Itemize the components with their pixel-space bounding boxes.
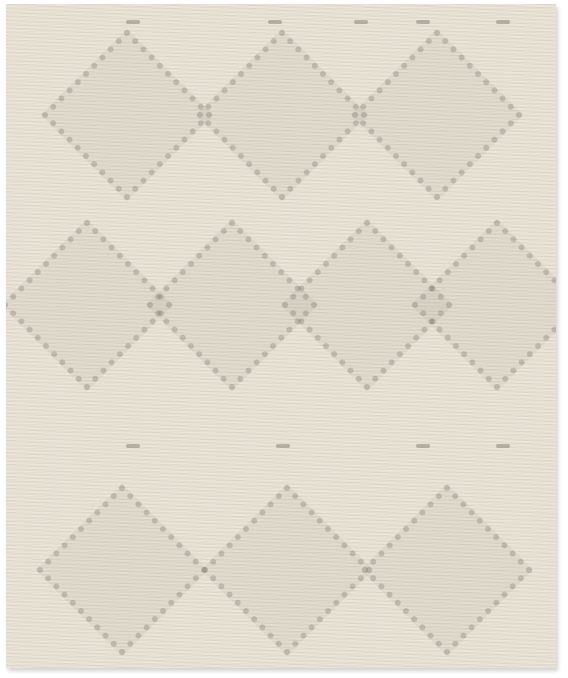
- tick: [496, 444, 510, 448]
- tick-marks-top: [6, 20, 556, 30]
- diamond: [411, 219, 556, 392]
- tick: [276, 444, 290, 448]
- diamond: [196, 29, 369, 202]
- tick: [416, 444, 430, 448]
- tick: [268, 20, 282, 24]
- tick: [416, 20, 430, 24]
- diamond-band-bottom: [6, 494, 556, 644]
- tick: [354, 20, 368, 24]
- tick: [126, 444, 140, 448]
- diamond-band-top: [6, 34, 556, 184]
- diamond: [41, 29, 214, 202]
- diamond-band-middle: [6, 234, 556, 384]
- diamond: [361, 484, 534, 657]
- tick: [126, 20, 140, 24]
- diamond: [201, 484, 374, 657]
- diamond: [351, 29, 524, 202]
- tick: [496, 20, 510, 24]
- diamond: [36, 484, 209, 657]
- rug: [6, 4, 556, 668]
- tick-marks-lower: [6, 444, 556, 454]
